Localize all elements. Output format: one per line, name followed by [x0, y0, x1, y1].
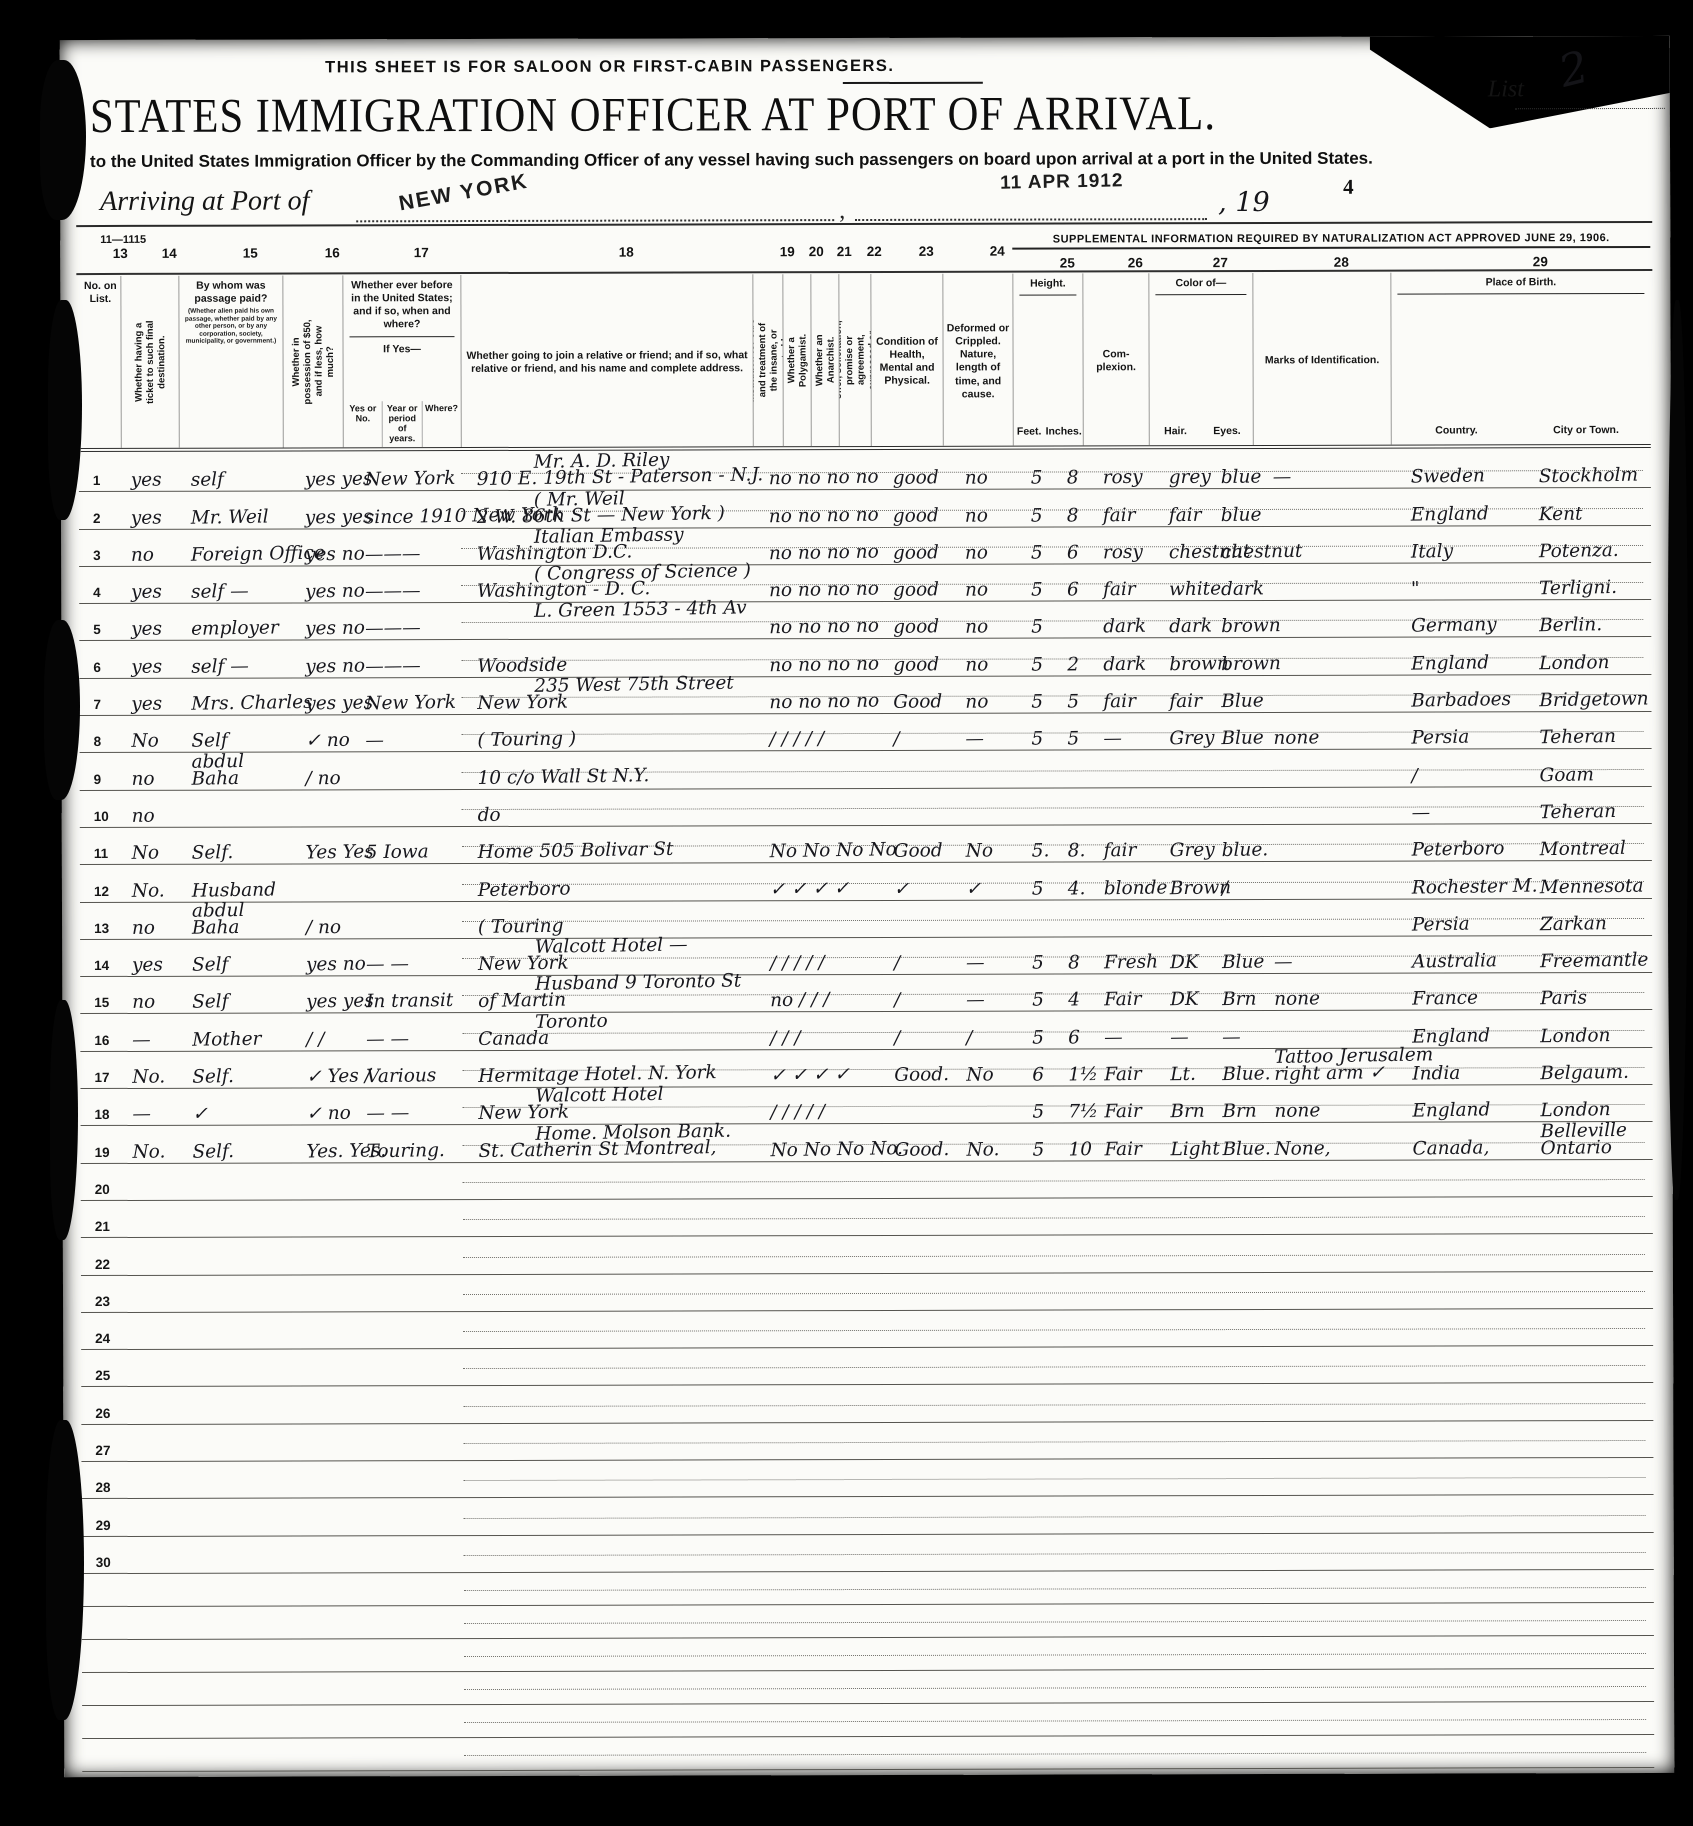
- handwritten-c25f: 5: [1031, 579, 1065, 601]
- handwritten-c24: no: [965, 542, 1025, 564]
- arriving-at-port-label: Arriving at Port of: [100, 185, 309, 218]
- scanned-manifest-page: { "page": { "sheet_note": "THIS SHEET IS…: [0, 0, 1693, 1826]
- handwritten-c14: yes: [131, 618, 191, 640]
- manifest-row: 14yesSelfyes no— —Walcott Hotel —New Yor…: [80, 935, 1652, 977]
- sub-column-label: Hair.: [1150, 423, 1202, 445]
- handwritten-c25f: 5: [1031, 616, 1065, 638]
- handwritten-c18a: L. Green 1553 - 4th Av: [534, 597, 784, 622]
- dotted-rule: [464, 1752, 1646, 1756]
- handwritten-c26: fair: [1103, 504, 1167, 526]
- column-number-13: 13: [100, 246, 140, 261]
- handwritten-c25f: 5: [1031, 728, 1065, 750]
- row-number: 3: [93, 548, 101, 563]
- handwritten-c25i: 6: [1067, 579, 1101, 601]
- if-yes-label: If Yes—: [344, 339, 461, 356]
- handwritten-c25f: 5: [1032, 1101, 1066, 1123]
- handwritten-c26: dark: [1103, 616, 1167, 638]
- header-col-13: No. on List.: [80, 276, 120, 448]
- dotted-rule: [463, 1216, 1645, 1220]
- blank-rule-row: [82, 1569, 1654, 1607]
- handwritten-c27h: white: [1169, 579, 1221, 601]
- row-number: 22: [95, 1257, 110, 1272]
- handwritten-c23: good: [893, 467, 963, 489]
- list-fill-line: [1515, 108, 1665, 109]
- header-col-18: Whether going to join a relative or frie…: [460, 274, 752, 447]
- column-number-19: 19: [772, 244, 802, 259]
- sub-column-label: Yes or No.: [344, 401, 382, 447]
- handwritten-c14: yes: [131, 656, 191, 678]
- dotted-rule: [463, 1254, 1645, 1258]
- handwritten-c14: No.: [132, 1141, 192, 1163]
- row-number: 18: [95, 1107, 110, 1122]
- header-col-19: Ever in prison or almshouse, or institut…: [752, 274, 782, 446]
- handwritten-c29a: Italy: [1411, 539, 1539, 562]
- row-number: 13: [94, 921, 109, 936]
- dotted-rule: [464, 1552, 1646, 1556]
- row-number: 9: [94, 772, 102, 787]
- handwritten-c23: good: [893, 654, 963, 676]
- manifest-row: 1yesselfyes yesNew YorkMr. A. D. Riley91…: [79, 450, 1651, 492]
- column-number-15: 15: [198, 245, 302, 260]
- handwritten-c27e: Blue: [1222, 951, 1274, 973]
- handwritten-c25f: 5: [1031, 505, 1065, 527]
- handwritten-c14: No: [132, 842, 192, 864]
- page-title: STATES IMMIGRATION OFFICER AT PORT OF AR…: [90, 85, 1216, 144]
- handwritten-c29a: Rochester M.: [1412, 875, 1540, 898]
- column-number-16: 16: [302, 245, 362, 260]
- handwritten-c17: — —: [366, 1102, 484, 1125]
- handwritten-c27e: Brn: [1222, 989, 1274, 1011]
- header-col-14: Whether having a ticket to such final de…: [120, 276, 178, 448]
- handwritten-c29b: Paris: [1540, 987, 1672, 1010]
- row-number: 1: [93, 473, 101, 488]
- handwritten-c23: /: [894, 952, 964, 974]
- manifest-sheet: THIS SHEET IS FOR SALOON OR FIRST-CABIN …: [60, 36, 1675, 1777]
- handwritten-c27h: DK: [1170, 952, 1220, 974]
- handwritten-c28: —: [1273, 465, 1411, 488]
- handwritten-c27h: DK: [1170, 989, 1220, 1011]
- handwritten-c19: no no no no: [769, 466, 894, 489]
- header-col-27: Color of—Hair.Eyes.: [1148, 273, 1252, 445]
- row-number: 29: [96, 1518, 111, 1533]
- column-number-21: 21: [830, 244, 858, 259]
- handwritten-c27e: brown: [1221, 653, 1281, 675]
- handwritten-c14: no: [132, 917, 192, 939]
- column-label: By whom was passage paid?: [179, 276, 282, 307]
- handwritten-c14: No: [131, 730, 191, 752]
- handwritten-c26: Fair: [1104, 1138, 1168, 1160]
- handwritten-c27h: fair: [1169, 690, 1219, 712]
- handwritten-c26: fair: [1103, 579, 1167, 601]
- dotted-rule: [464, 1477, 1646, 1481]
- handwritten-c19: / / / / /: [770, 951, 895, 974]
- handwritten-c29a: Canada,: [1412, 1136, 1540, 1159]
- handwritten-c29b: London: [1539, 651, 1671, 674]
- row-number: 11: [94, 846, 108, 861]
- handwritten-c26: Fair: [1104, 1101, 1168, 1123]
- handwritten-c16: yes yes: [305, 506, 373, 528]
- manifest-row: 26: [81, 1382, 1653, 1424]
- handwritten-c16: Yes Yes: [306, 842, 374, 864]
- handwritten-c25f: 5: [1032, 878, 1066, 900]
- handwritten-c25f: 5: [1031, 691, 1065, 713]
- handwritten-c25i: 2: [1067, 654, 1101, 676]
- column-number-14: 14: [140, 246, 198, 261]
- header-col-21: Whether an Anarchist.: [810, 274, 838, 446]
- handwritten-c19: No No No No.: [770, 1138, 903, 1161]
- handwritten-c24: no: [965, 616, 1025, 638]
- row-number: 5: [93, 622, 101, 637]
- handwritten-c29b: Belgaum.: [1540, 1061, 1672, 1084]
- row-number: 21: [95, 1219, 110, 1234]
- dotted-rule: [463, 1403, 1645, 1407]
- handwritten-c25f: 5.: [1032, 840, 1066, 862]
- handwritten-c16: ✓ no: [306, 1103, 366, 1125]
- handwritten-c27e: Blue.: [1222, 1063, 1274, 1085]
- header-col-15: By whom was passage paid?(Whether alien …: [178, 276, 282, 448]
- handwritten-c25f: 5: [1032, 989, 1066, 1011]
- table-header: No. on List.Whether having a ticket to s…: [80, 272, 1650, 452]
- handwritten-c26: blonde: [1104, 877, 1168, 899]
- dotted-rule: [464, 1515, 1646, 1519]
- handwritten-c28: none: [1274, 987, 1412, 1010]
- handwritten-c15: Mrs. Charles: [191, 692, 313, 715]
- manifest-row: 30: [82, 1532, 1654, 1574]
- handwritten-c17: ———: [365, 580, 483, 603]
- column-label: Condition of Health, Mental and Physical…: [871, 332, 942, 389]
- row-number: 26: [95, 1406, 110, 1421]
- handwritten-c26: fair: [1103, 690, 1167, 712]
- handwritten-c23: Good.: [894, 1138, 964, 1160]
- year-prefix: , 19: [1218, 187, 1270, 218]
- handwritten-c23: Good: [894, 840, 964, 862]
- column-label: Whether in possession of $50, and if les…: [290, 318, 336, 404]
- handwritten-c29b: London: [1540, 1098, 1672, 1121]
- handwritten-c29a: France: [1412, 987, 1540, 1010]
- port-stamp: NEW YORK: [397, 170, 530, 217]
- row-number: 2: [93, 511, 101, 526]
- manifest-row: 3noForeign Officeyes no———Italian Embass…: [79, 525, 1651, 567]
- handwritten-c28: None,: [1274, 1136, 1412, 1159]
- column-label: Whether going to join a relative or frie…: [462, 345, 753, 376]
- handwritten-c23: good: [893, 504, 963, 526]
- handwritten-c27e: /: [1222, 877, 1274, 899]
- handwritten-c19: no no no no: [769, 653, 894, 676]
- handwritten-c14: No.: [132, 1066, 192, 1088]
- dotted-rule: [464, 1587, 1646, 1591]
- handwritten-c25i: 8: [1068, 952, 1102, 974]
- header-col-23: Condition of Health, Mental and Physical…: [870, 274, 942, 446]
- handwritten-c29a: India: [1412, 1062, 1540, 1085]
- handwritten-c15: Mr. Weil: [191, 505, 306, 528]
- column-number-27: 27: [1168, 255, 1272, 270]
- handwritten-c26: rosy: [1103, 467, 1167, 489]
- handwritten-c24: —: [966, 989, 1026, 1011]
- handwritten-c18b: Home 505 Bolivar St: [478, 837, 778, 863]
- handwritten-c19: No No No No: [770, 839, 897, 862]
- handwritten-c17: ———: [365, 654, 483, 677]
- handwritten-c27e: Blue.: [1222, 1138, 1274, 1160]
- handwritten-c24: No: [966, 1064, 1026, 1086]
- handwritten-c24: no: [965, 467, 1025, 489]
- handwritten-c15: Husband: [192, 878, 307, 901]
- sub-column-label: Year or period of years.: [382, 401, 421, 447]
- handwritten-c24: /: [966, 1027, 1026, 1049]
- header-col-24: Deformed or Crippled. Nature, length of …: [942, 274, 1012, 446]
- handwritten-c19: no no no no: [769, 578, 894, 601]
- handwritten-c16: yes yes: [305, 469, 373, 491]
- handwritten-c29b: Freemantle: [1540, 949, 1672, 972]
- row-number: 23: [95, 1294, 110, 1309]
- handwritten-c17: —: [365, 729, 483, 752]
- handwritten-c16: yes yes: [305, 692, 373, 714]
- blank-rule-row: [82, 1668, 1654, 1706]
- handwritten-c25i: 4: [1068, 989, 1102, 1011]
- handwritten-c26: —: [1104, 1026, 1168, 1048]
- handwritten-c25i: 5: [1067, 691, 1101, 713]
- handwritten-c17: — —: [366, 1027, 484, 1050]
- blank-rule-row: [82, 1602, 1654, 1640]
- handwritten-c29a: Australia: [1412, 950, 1540, 973]
- handwritten-c29b: Stockholm: [1539, 464, 1671, 487]
- manifest-row: 9noabdulBaha/ no10 c/o Wall St N.Y./Goam: [80, 748, 1652, 790]
- row-number: 17: [94, 1070, 109, 1085]
- handwritten-c27h: brown: [1169, 653, 1229, 675]
- handwritten-c29a: Sweden: [1411, 465, 1539, 488]
- handwritten-c15: Self.: [192, 841, 307, 864]
- handwritten-c25i: 8: [1067, 467, 1101, 489]
- manifest-row: 29: [82, 1494, 1654, 1536]
- handwritten-c15: Self: [192, 953, 307, 976]
- column-number-22: 22: [858, 244, 890, 259]
- manifest-row: 23: [81, 1271, 1653, 1313]
- column-label: Whether a Polygamist.: [786, 317, 809, 403]
- manifest-row: 21: [81, 1196, 1653, 1238]
- handwritten-c25f: 5: [1032, 1027, 1066, 1049]
- sub-column-label: Where?: [421, 401, 460, 447]
- handwritten-c25i: 6: [1067, 542, 1101, 564]
- handwritten-c29b: Ontario: [1540, 1136, 1672, 1159]
- handwritten-c25i: 6: [1068, 1027, 1102, 1049]
- handwritten-c29a: England: [1412, 1099, 1540, 1122]
- port-fill-line: [356, 219, 834, 222]
- page-subtitle: to the United States Immigration Officer…: [90, 149, 1390, 172]
- handwritten-c19: no no no no: [769, 616, 894, 639]
- sheet-note: THIS SHEET IS FOR SALOON OR FIRST-CABIN …: [60, 56, 1160, 78]
- row-number: 12: [94, 884, 109, 899]
- handwritten-c19: / / / / /: [769, 728, 894, 751]
- handwritten-c27h: Lt.: [1170, 1063, 1220, 1085]
- dotted-rule: [464, 1719, 1646, 1723]
- column-label: Place of Birth.: [1391, 272, 1650, 290]
- handwritten-c27h: Grey: [1169, 728, 1219, 750]
- handwritten-c28: right arm ✓: [1274, 1062, 1412, 1085]
- handwritten-c23: Good.: [894, 1064, 964, 1086]
- date-stamp: 11 APR 1912: [1000, 170, 1124, 194]
- handwritten-c24: no: [965, 654, 1025, 676]
- handwritten-c17: 5 Iowa: [366, 841, 484, 864]
- dotted-rule: [464, 1620, 1646, 1624]
- manifest-row: 7yesMrs. Charlesyes yesNew York235 West …: [79, 674, 1651, 716]
- handwritten-c23: ✓: [894, 877, 964, 899]
- column-number-29: 29: [1410, 254, 1670, 270]
- row-number: 24: [95, 1331, 110, 1346]
- manifest-row: 5yesemployeryes no———L. Green 1553 - 4th…: [79, 599, 1651, 641]
- handwritten-c29b: Potenza.: [1539, 539, 1671, 562]
- header-col-25: Height.Feet.Inches.: [1012, 273, 1082, 445]
- handwritten-c26: rosy: [1103, 541, 1167, 563]
- manifest-row: 25: [81, 1345, 1653, 1387]
- row-number: 4: [93, 585, 101, 600]
- sub-column-label: Inches.: [1045, 423, 1083, 445]
- handwritten-c18b: ( Touring ): [477, 725, 777, 751]
- handwritten-c17: In transit: [366, 990, 484, 1013]
- handwritten-c29a: England: [1411, 502, 1539, 525]
- header-col-29: Place of Birth.Country.City or Town.: [1390, 272, 1650, 445]
- handwritten-c25i: 7½: [1068, 1101, 1102, 1123]
- handwritten-c14: yes: [131, 469, 191, 491]
- manifest-row: 19No.Self.Yes. Yes.Touring.Home. Molson …: [81, 1121, 1653, 1163]
- row-number: 20: [95, 1182, 110, 1197]
- manifest-row: 2yesMr. Weilyes yessince 1910 New York( …: [79, 487, 1651, 529]
- handwritten-c24: no: [965, 579, 1025, 601]
- manifest-row: 28: [81, 1457, 1653, 1499]
- handwritten-c17: Various: [366, 1064, 484, 1087]
- manifest-row: 6yesself —yes no———Woodsideno no no nogo…: [79, 636, 1651, 678]
- column-number-17: 17: [362, 245, 480, 260]
- sub-column-label: Country.: [1392, 422, 1522, 444]
- manifest-row: 22: [81, 1233, 1653, 1275]
- handwritten-c19: no no no no: [769, 541, 894, 564]
- blank-rule-row: [82, 1701, 1654, 1739]
- manifest-row: 24: [81, 1308, 1653, 1350]
- handwritten-c27e: brown: [1221, 616, 1281, 638]
- handwritten-c26: —: [1103, 728, 1167, 750]
- handwritten-c27e: Blue: [1221, 690, 1273, 712]
- handwritten-c28: none: [1274, 1099, 1412, 1122]
- handwritten-c14: no: [131, 544, 191, 566]
- header-col-16: Whether in possession of $50, and if les…: [282, 275, 342, 447]
- scan-artifact: [1668, 300, 1688, 1200]
- handwritten-c18b: St. Catherin St Montreal,: [478, 1136, 778, 1162]
- handwritten-c29b: Bridgetown: [1539, 688, 1671, 711]
- manifest-row: 17No.Self.✓ Yes /VariousHermitage Hotel.…: [80, 1047, 1652, 1089]
- note-underline: [843, 82, 983, 84]
- handwritten-c29a: —: [1411, 800, 1539, 823]
- handwritten-c17: Touring.: [366, 1139, 484, 1162]
- handwritten-c24: no: [965, 504, 1025, 526]
- handwritten-c15: Self.: [192, 1140, 307, 1163]
- column-number-24: 24: [962, 244, 1032, 259]
- handwritten-c16: / no: [306, 916, 366, 938]
- column-label: Whether ever before in the United States…: [343, 275, 460, 332]
- column-number-25: 25: [1032, 255, 1102, 270]
- blank-rule-row: [82, 1734, 1654, 1772]
- table-top-rule: [76, 221, 1652, 227]
- handwritten-c29b: Kent: [1539, 502, 1671, 525]
- column-label: Whether having a ticket to such final de…: [133, 319, 167, 405]
- handwritten-c25i: 5: [1067, 728, 1101, 750]
- handwritten-c15: employer: [191, 617, 306, 640]
- handwritten-c26: fair: [1104, 840, 1168, 862]
- handwritten-c29a: Persia: [1412, 912, 1540, 935]
- handwritten-c27e: blue: [1221, 504, 1273, 526]
- handwritten-c27h: fair: [1169, 504, 1219, 526]
- column-note: (Whether alien paid his own passage, whe…: [179, 306, 282, 346]
- handwritten-c24: No.: [966, 1138, 1026, 1160]
- supplemental-banner: SUPPLEMENTAL INFORMATION REQUIRED BY NAT…: [1012, 232, 1650, 250]
- handwritten-c27e: blue: [1221, 467, 1273, 489]
- handwritten-c15: self —: [191, 655, 306, 678]
- handwritten-c29a: ": [1411, 577, 1539, 600]
- handwritten-c14: yes: [131, 507, 191, 529]
- handwritten-c27e: chestnut: [1221, 541, 1303, 563]
- handwritten-c29b: London: [1540, 1024, 1672, 1047]
- handwritten-c23: /: [893, 728, 963, 750]
- handwritten-c27e: blue.: [1222, 840, 1274, 862]
- handwritten-c15: Self.: [192, 1065, 307, 1088]
- column-number-26: 26: [1102, 255, 1168, 270]
- manifest-row: 13noabdulBaha/ no( TouringPersiaZarkan: [80, 898, 1652, 940]
- handwritten-c27e: Brn: [1222, 1101, 1274, 1123]
- row-number: 7: [93, 697, 101, 712]
- handwritten-c29a: Germany: [1411, 614, 1539, 637]
- handwritten-c28: none: [1273, 726, 1411, 749]
- handwritten-c15: self: [191, 468, 306, 491]
- handwritten-c29a: England: [1411, 651, 1539, 674]
- column-label: Ever in prison or almshouse, or institut…: [752, 317, 782, 403]
- handwritten-c29b: Terligni.: [1539, 576, 1671, 599]
- handwritten-c25f: 6: [1032, 1064, 1066, 1086]
- handwritten-c16: / no: [305, 767, 365, 789]
- handwritten-c14: —: [132, 1029, 192, 1051]
- row-number: 15: [94, 995, 109, 1010]
- handwritten-c25f: 5: [1031, 467, 1065, 489]
- row-number: 25: [95, 1368, 110, 1383]
- dotted-rule: [464, 1686, 1646, 1690]
- dotted-rule: [463, 1328, 1645, 1332]
- handwritten-c16: yes no: [306, 954, 366, 976]
- handwritten-c14: yes: [131, 581, 191, 603]
- handwritten-c19: no no no no: [769, 690, 894, 713]
- handwritten-c16: ✓ Yes /: [306, 1065, 371, 1087]
- handwritten-c23: good: [893, 616, 963, 638]
- handwritten-c15: Baha: [191, 767, 306, 790]
- handwritten-c19: / / /: [770, 1026, 895, 1049]
- form-number: 11—1115: [100, 234, 146, 246]
- manifest-row: 11NoSelf.Yes Yes5 IowaHome 505 Bolivar S…: [80, 823, 1652, 865]
- column-label: Whether an Anarchist.: [814, 317, 837, 403]
- column-number-23: 23: [890, 244, 962, 259]
- column-number-20: 20: [802, 244, 830, 259]
- handwritten-c23: /: [894, 1027, 964, 1049]
- handwritten-c27e: Blue: [1221, 728, 1273, 750]
- handwritten-c16: yes no: [305, 618, 365, 640]
- manifest-row: 27: [81, 1420, 1653, 1462]
- handwritten-c16: yes no: [305, 581, 365, 603]
- handwritten-c28: —: [1274, 950, 1412, 973]
- handwritten-c27h: Light: [1170, 1138, 1220, 1160]
- handwritten-c24: ✓: [966, 877, 1026, 899]
- page-number: 4: [1343, 175, 1354, 200]
- dotted-rule: [463, 1291, 1645, 1295]
- manifest-row: 15noSelfyes yesIn transitHusband 9 Toron…: [80, 972, 1652, 1014]
- handwritten-c27e: —: [1222, 1026, 1274, 1048]
- dotted-rule: [463, 1365, 1645, 1369]
- handwritten-c15: Baha: [192, 916, 307, 939]
- row-number: 27: [95, 1443, 110, 1458]
- handwritten-c23: good: [893, 579, 963, 601]
